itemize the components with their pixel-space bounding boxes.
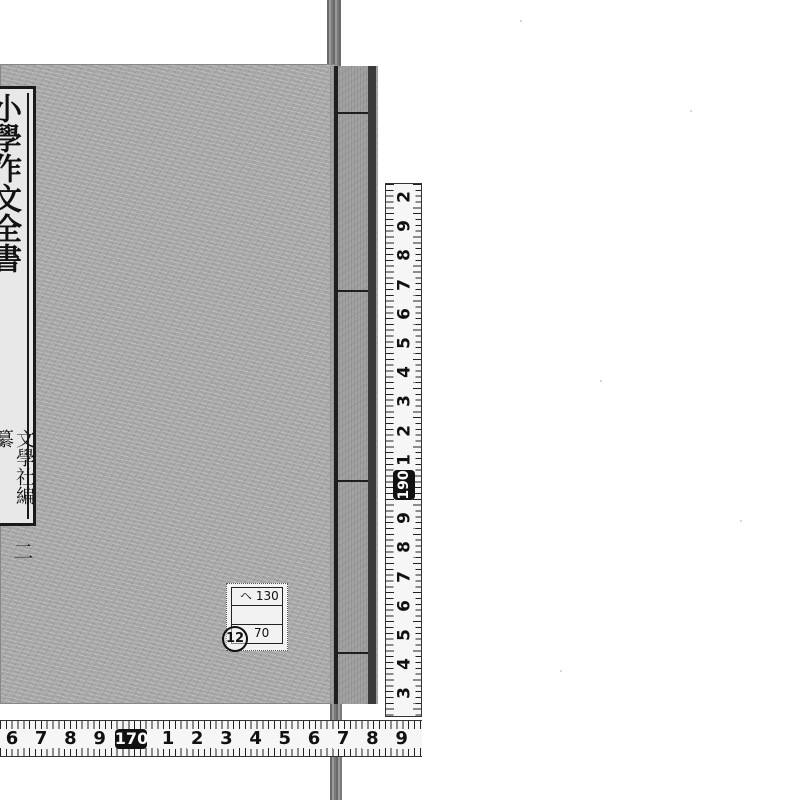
label-number-text: 70 [254, 626, 269, 640]
ruler-number: 7 [394, 274, 416, 295]
ruler-number: 2 [187, 729, 207, 749]
ruler-number: 170 [115, 729, 147, 749]
ruler-ticks-bottom [0, 748, 422, 756]
dust-speck [600, 380, 602, 382]
publisher-text: 文學社編纂 [0, 429, 34, 523]
ruler-number: 1 [158, 729, 178, 749]
ruler-number: 3 [394, 683, 416, 704]
ruler-number: 7 [394, 566, 416, 587]
ruler-number: 8 [394, 245, 416, 266]
spine-edge-shadow [368, 66, 376, 704]
ruler-number: 1 [394, 449, 416, 470]
ruler-number: 8 [394, 537, 416, 558]
ruler-number: 8 [60, 729, 80, 749]
ruler-number: 3 [394, 391, 416, 412]
ruler-number: 4 [394, 654, 416, 675]
ruler-number: 6 [304, 729, 324, 749]
ruler-number: 3 [216, 729, 236, 749]
horizontal-ruler: 678917012345678918 [0, 720, 422, 757]
ruler-number: 8 [362, 729, 382, 749]
binding-stitch [338, 480, 368, 482]
ruler-number: 7 [31, 729, 51, 749]
dust-speck [690, 110, 692, 112]
vertical-ruler: 298765432119098765432 [385, 183, 422, 717]
book-spine [330, 66, 378, 704]
label-row-call-number: ヘ 130 [231, 587, 283, 606]
binding-stitch [338, 652, 368, 654]
ruler-number: 2 [394, 187, 416, 208]
ruler-number: 2 [394, 420, 416, 441]
book-title: 小學作文全書 [0, 93, 30, 273]
ruler-number: 6 [394, 595, 416, 616]
binding-stitch [338, 290, 368, 292]
dust-speck [740, 520, 742, 522]
ruler-number: 5 [394, 333, 416, 354]
ruler-number: 190 [393, 470, 415, 500]
ruler-number: 4 [394, 362, 416, 383]
call-number-text: ヘ 130 [240, 589, 279, 603]
ruler-number: 6 [394, 303, 416, 324]
label-row-empty [231, 606, 283, 625]
ruler-number: 18 [421, 729, 422, 749]
ruler-number: 9 [394, 508, 416, 529]
ruler-number: 5 [394, 625, 416, 646]
ruler-number: 9 [392, 729, 412, 749]
volume-mark: 二 [8, 541, 37, 561]
ruler-number: 7 [333, 729, 353, 749]
dust-speck [560, 670, 562, 672]
dust-speck [520, 20, 522, 22]
binding-stitch [338, 112, 368, 114]
ruler-number: 6 [2, 729, 22, 749]
holder-rod-top [327, 0, 341, 70]
ruler-number: 4 [246, 729, 266, 749]
ruler-number: 9 [394, 216, 416, 237]
spine-fold-line [334, 66, 338, 704]
title-slip: 小學作文全書 文學社編纂 二 [0, 86, 36, 526]
ruler-number: 2 [394, 712, 416, 717]
circle-stamp: 12 [222, 626, 248, 652]
ruler-number: 9 [90, 729, 110, 749]
ruler-number: 5 [275, 729, 295, 749]
